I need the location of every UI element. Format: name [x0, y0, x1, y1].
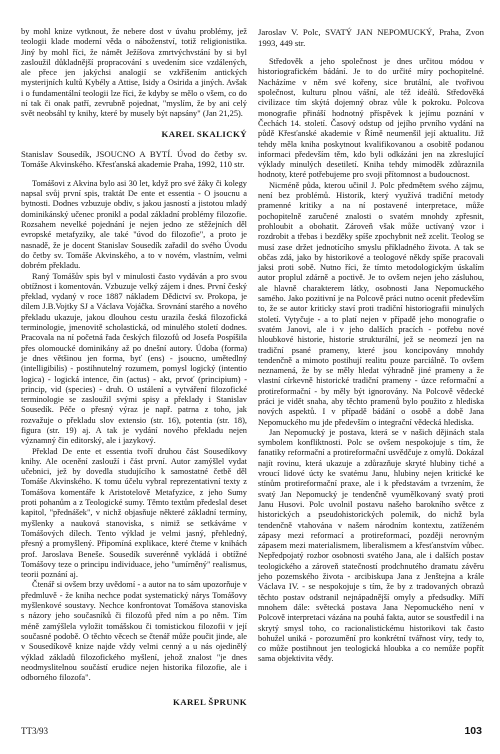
- page-number: 103: [464, 725, 482, 737]
- review-continuation-paragraph: by mohl knize vytknout, že nebere dost v…: [21, 27, 247, 120]
- review-heading-sousedik: Stanislav Sousedík, JSOUCNO A BYTÍ. Úvod…: [21, 149, 247, 170]
- journal-page: by mohl knize vytknout, že nebere dost v…: [0, 0, 500, 754]
- paragraph: Překlad De ente et essentia tvoří druhou…: [21, 447, 247, 581]
- two-column-layout: by mohl knize vytknout, že nebere dost v…: [21, 27, 483, 707]
- review-heading-polc: Jaroslav V. Polc, SVATÝ JAN NEPOMUCKÝ, P…: [258, 27, 484, 48]
- paragraph: Jan Nepomucký je postava, která se v naš…: [258, 428, 484, 665]
- paragraph: Čtenář si ovšem brzy uvědomí - a autor n…: [21, 580, 247, 683]
- paragraph: Nicméně půda, kterou učinil J. Polc před…: [258, 181, 484, 428]
- reviewer-signature-skalicky: KAREL SKALICKÝ: [21, 129, 247, 139]
- left-column: by mohl knize vytknout, že nebere dost v…: [21, 27, 247, 707]
- review-body-sousedik: Tomášovi z Akvina bylo asi 30 let, když …: [21, 179, 247, 684]
- right-column: Jaroslav V. Polc, SVATÝ JAN NEPOMUCKÝ, P…: [258, 27, 484, 707]
- journal-issue-label: TT3/93: [21, 726, 48, 736]
- paragraph: Raný Tomášův spis byl v minulosti často …: [21, 272, 247, 447]
- paragraph: Středověk a jeho společnost je dnes urči…: [258, 57, 484, 181]
- review-body-polc: Středověk a jeho společnost je dnes urči…: [258, 57, 484, 665]
- reviewer-signature-sprunk: KAREL ŠPRUNK: [21, 697, 247, 707]
- paragraph: Tomášovi z Akvina bylo asi 30 let, když …: [21, 179, 247, 272]
